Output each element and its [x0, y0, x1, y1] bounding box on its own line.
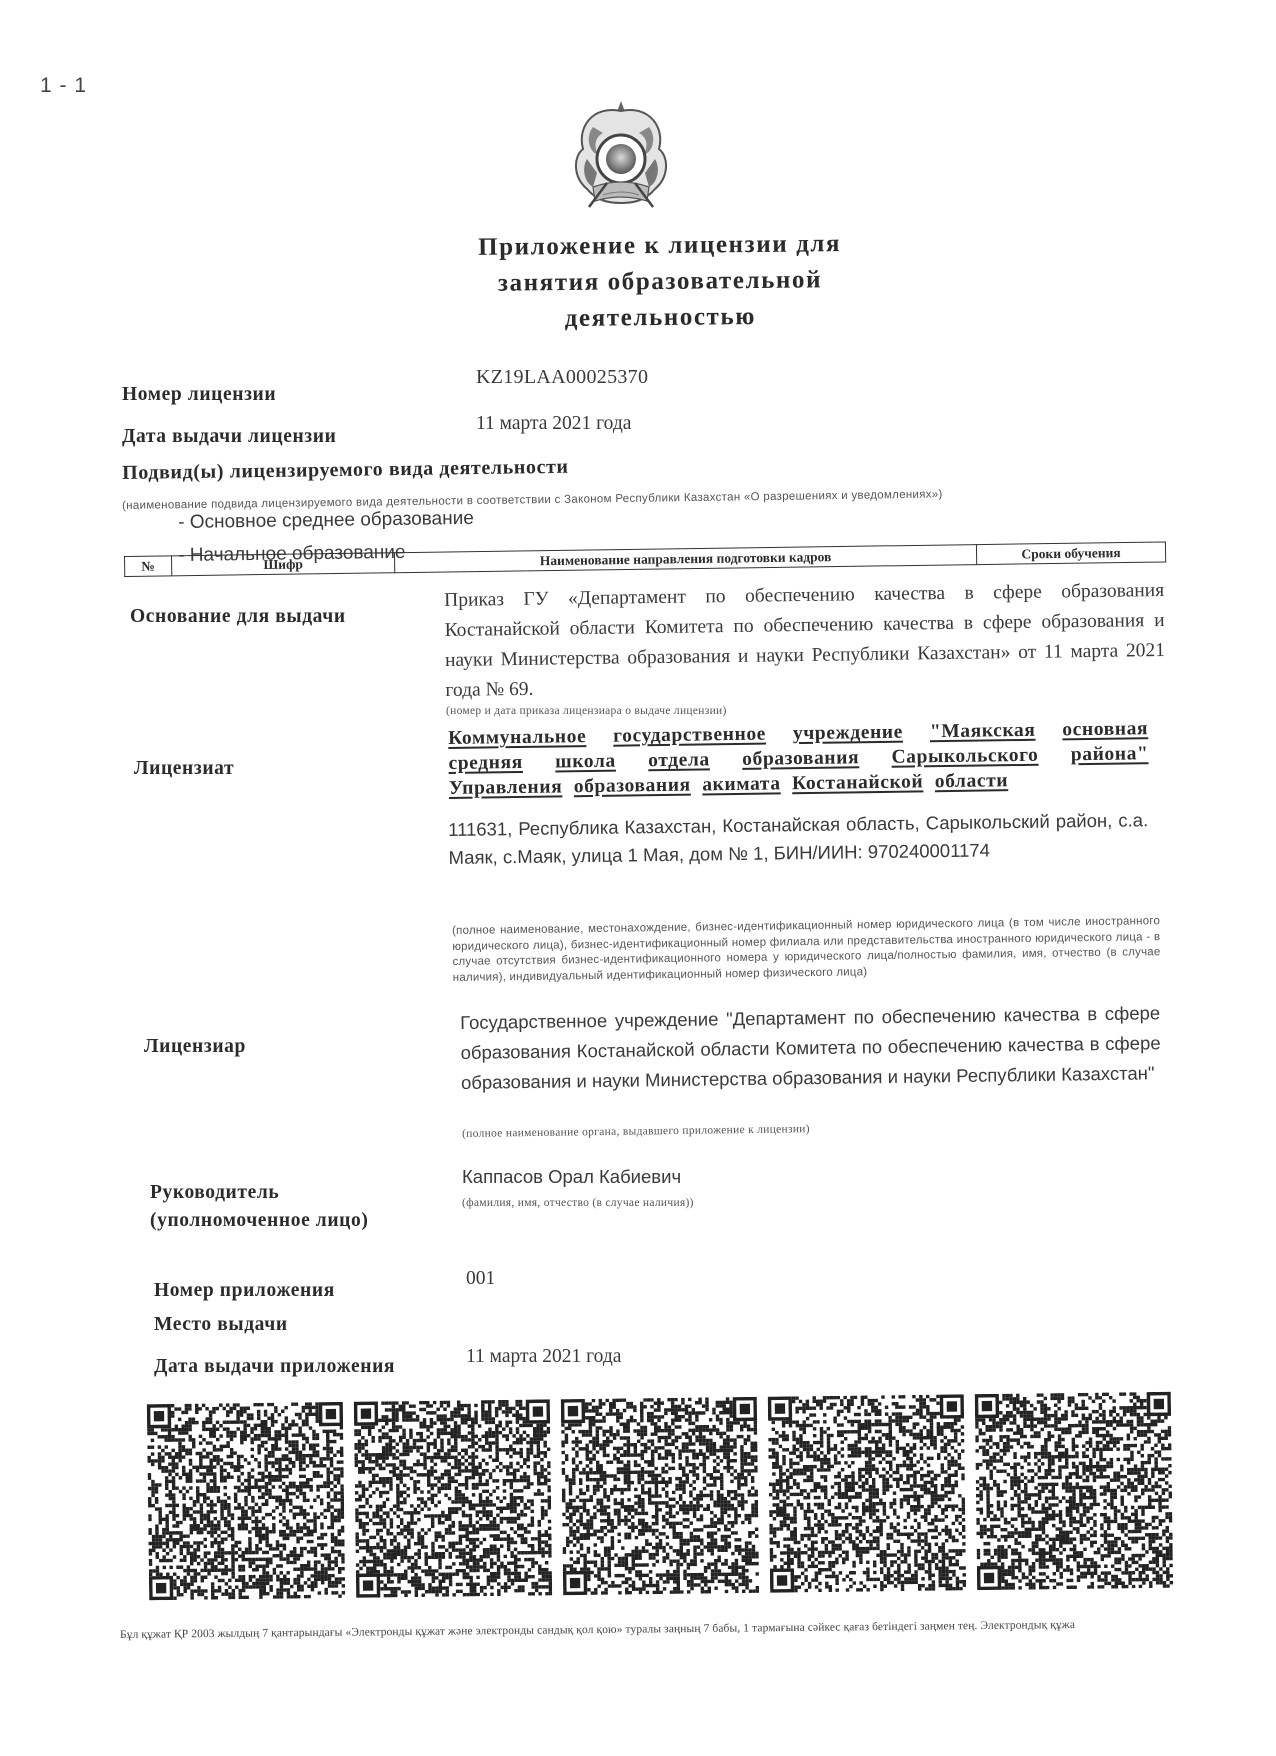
- appendix-date-label: Дата выдачи приложения: [154, 1356, 395, 1378]
- license-number-label: Номер лицензии: [122, 384, 276, 406]
- licensee-word: Управления: [449, 776, 563, 799]
- license-number-value: KZ19LAA00025370: [476, 366, 648, 389]
- licensor-value: Государственное учреждение "Департамент …: [460, 998, 1161, 1098]
- appendix-number-label: Номер приложения: [154, 1280, 335, 1302]
- licensee-word: области: [935, 770, 1009, 792]
- basis-hint: (номер и дата приказа лицензиара о выдач…: [446, 705, 727, 717]
- qr-code-row: [147, 1392, 1179, 1603]
- head-label-line-1: Руководитель: [150, 1182, 279, 1204]
- licensee-address: 111631, Республика Казахстан, Костанайск…: [448, 806, 1149, 872]
- subtypes-hint: (наименование подвида лицензируемого вид…: [122, 489, 943, 512]
- qr-code-icon: [975, 1392, 1173, 1590]
- licensee-word: средняя: [448, 752, 523, 774]
- licensee-name: Коммунальное государственное учреждение …: [448, 716, 1149, 801]
- licensee-word: района": [1071, 743, 1149, 765]
- licensee-word: школа: [555, 751, 616, 773]
- licensee-label: Лицензиат: [134, 758, 234, 780]
- licensee-word: государственное: [613, 724, 766, 747]
- qr-code-icon: [768, 1394, 966, 1592]
- licensee-word: отдела: [648, 749, 710, 771]
- column-header-duration: Сроки обучения: [976, 542, 1165, 565]
- title-line-1: Приложение к лицензии для: [399, 225, 919, 266]
- licensee-word: Костанайской: [792, 771, 923, 794]
- licensee-word: основная: [1062, 718, 1148, 740]
- head-value: Каппасов Орал Кабиевич: [462, 1166, 681, 1188]
- footer-legal-note: Бұл құжат ҚР 2003 жылдың 7 қантарындағы …: [120, 1619, 1075, 1641]
- qr-code-icon: [354, 1399, 552, 1597]
- subtype-item-1: - Основное среднее образование: [178, 508, 474, 534]
- title-line-2: занятия образовательной: [400, 261, 920, 302]
- qr-code-icon: [147, 1402, 345, 1600]
- subtypes-label: Подвид(ы) лицензируемого вида деятельнос…: [122, 456, 569, 485]
- column-header-code: Шифр: [172, 553, 395, 576]
- head-hint: (фамилия, имя, отчество (в случае наличи…: [462, 1197, 694, 1209]
- licensee-word: акимата: [702, 773, 781, 795]
- licensor-label: Лицензиар: [144, 1036, 246, 1058]
- licensee-word: Коммунальное: [448, 726, 586, 749]
- licensee-word: образования: [742, 747, 859, 770]
- issue-place-label: Место выдачи: [154, 1314, 288, 1336]
- title-line-3: деятельностью: [400, 297, 920, 338]
- licensee-hint: (полное наименование, местонахождение, б…: [452, 914, 1161, 986]
- basis-value: Приказ ГУ «Департамент по обеспечению ка…: [444, 576, 1166, 706]
- licensee-word: образования: [574, 775, 691, 798]
- column-header-number: №: [125, 556, 172, 577]
- licensee-word: Сарыкольского: [891, 745, 1038, 768]
- licensee-word: учреждение: [793, 722, 903, 745]
- appendix-date-value: 11 марта 2021 года: [466, 1346, 621, 1368]
- license-date-value: 11 марта 2021 года: [476, 413, 631, 435]
- head-label-line-2: (уполномоченное лицо): [150, 1210, 368, 1232]
- state-emblem-icon: [563, 97, 679, 219]
- document-title: Приложение к лицензии для занятия образо…: [399, 225, 920, 338]
- column-header-program-name: Наименование направления подготовки кадр…: [394, 545, 976, 573]
- licensor-hint: (полное наименование органа, выдавшего п…: [462, 1123, 810, 1140]
- licensee-word: "Маякская: [930, 720, 1036, 742]
- license-date-label: Дата выдачи лицензии: [122, 426, 336, 448]
- page-number: 1 - 1: [40, 74, 87, 98]
- appendix-number-value: 001: [466, 1268, 495, 1290]
- qr-code-icon: [561, 1397, 759, 1595]
- basis-label: Основание для выдачи: [130, 606, 346, 628]
